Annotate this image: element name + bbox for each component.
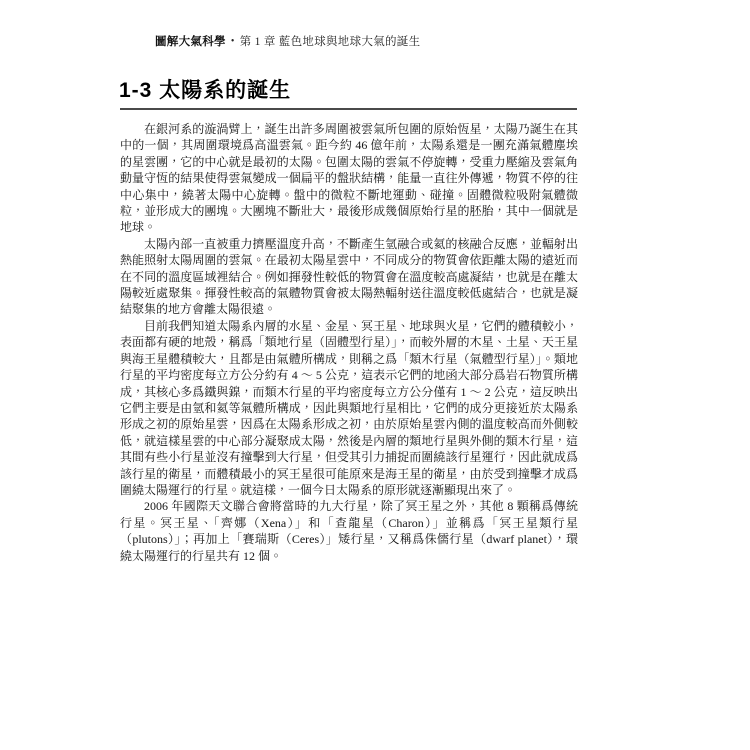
section-title: 1-3 太陽系的誕生 [119,78,291,104]
chapter-title: 第 1 章 藍色地球與地球大氣的誕生 [240,36,421,48]
header-separator-dot: • [231,36,235,47]
paragraph-2: 太陽內部一直被重力擠壓溫度升高，不斷產生氫融合或氦的核融合反應，並輻射出熱能照射… [120,236,578,318]
book-title: 圖解大氣科學 [155,36,226,48]
paragraph-1: 在銀河系的漩渦臂上，誕生出許多周圍被雲氣所包圍的原始恆星，太陽乃誕生在其中的一個… [120,121,578,236]
running-header: 圖解大氣科學•第 1 章 藍色地球與地球大氣的誕生 [155,36,420,49]
paragraph-3: 目前我們知道太陽系內層的水星、金星、冥王星、地球與火星，它們的體積較小，表面都有… [120,318,578,498]
title-divider [120,108,577,110]
article-body: 在銀河系的漩渦臂上，誕生出許多周圍被雲氣所包圍的原始恆星，太陽乃誕生在其中的一個… [120,121,578,564]
paragraph-4: 2006 年國際天文聯合會將當時的九大行星，除了冥王星之外，其他 8 顆稱爲傳統… [120,498,578,564]
book-page: 圖解大氣科學•第 1 章 藍色地球與地球大氣的誕生 1-3 太陽系的誕生 在銀河… [0,0,750,750]
